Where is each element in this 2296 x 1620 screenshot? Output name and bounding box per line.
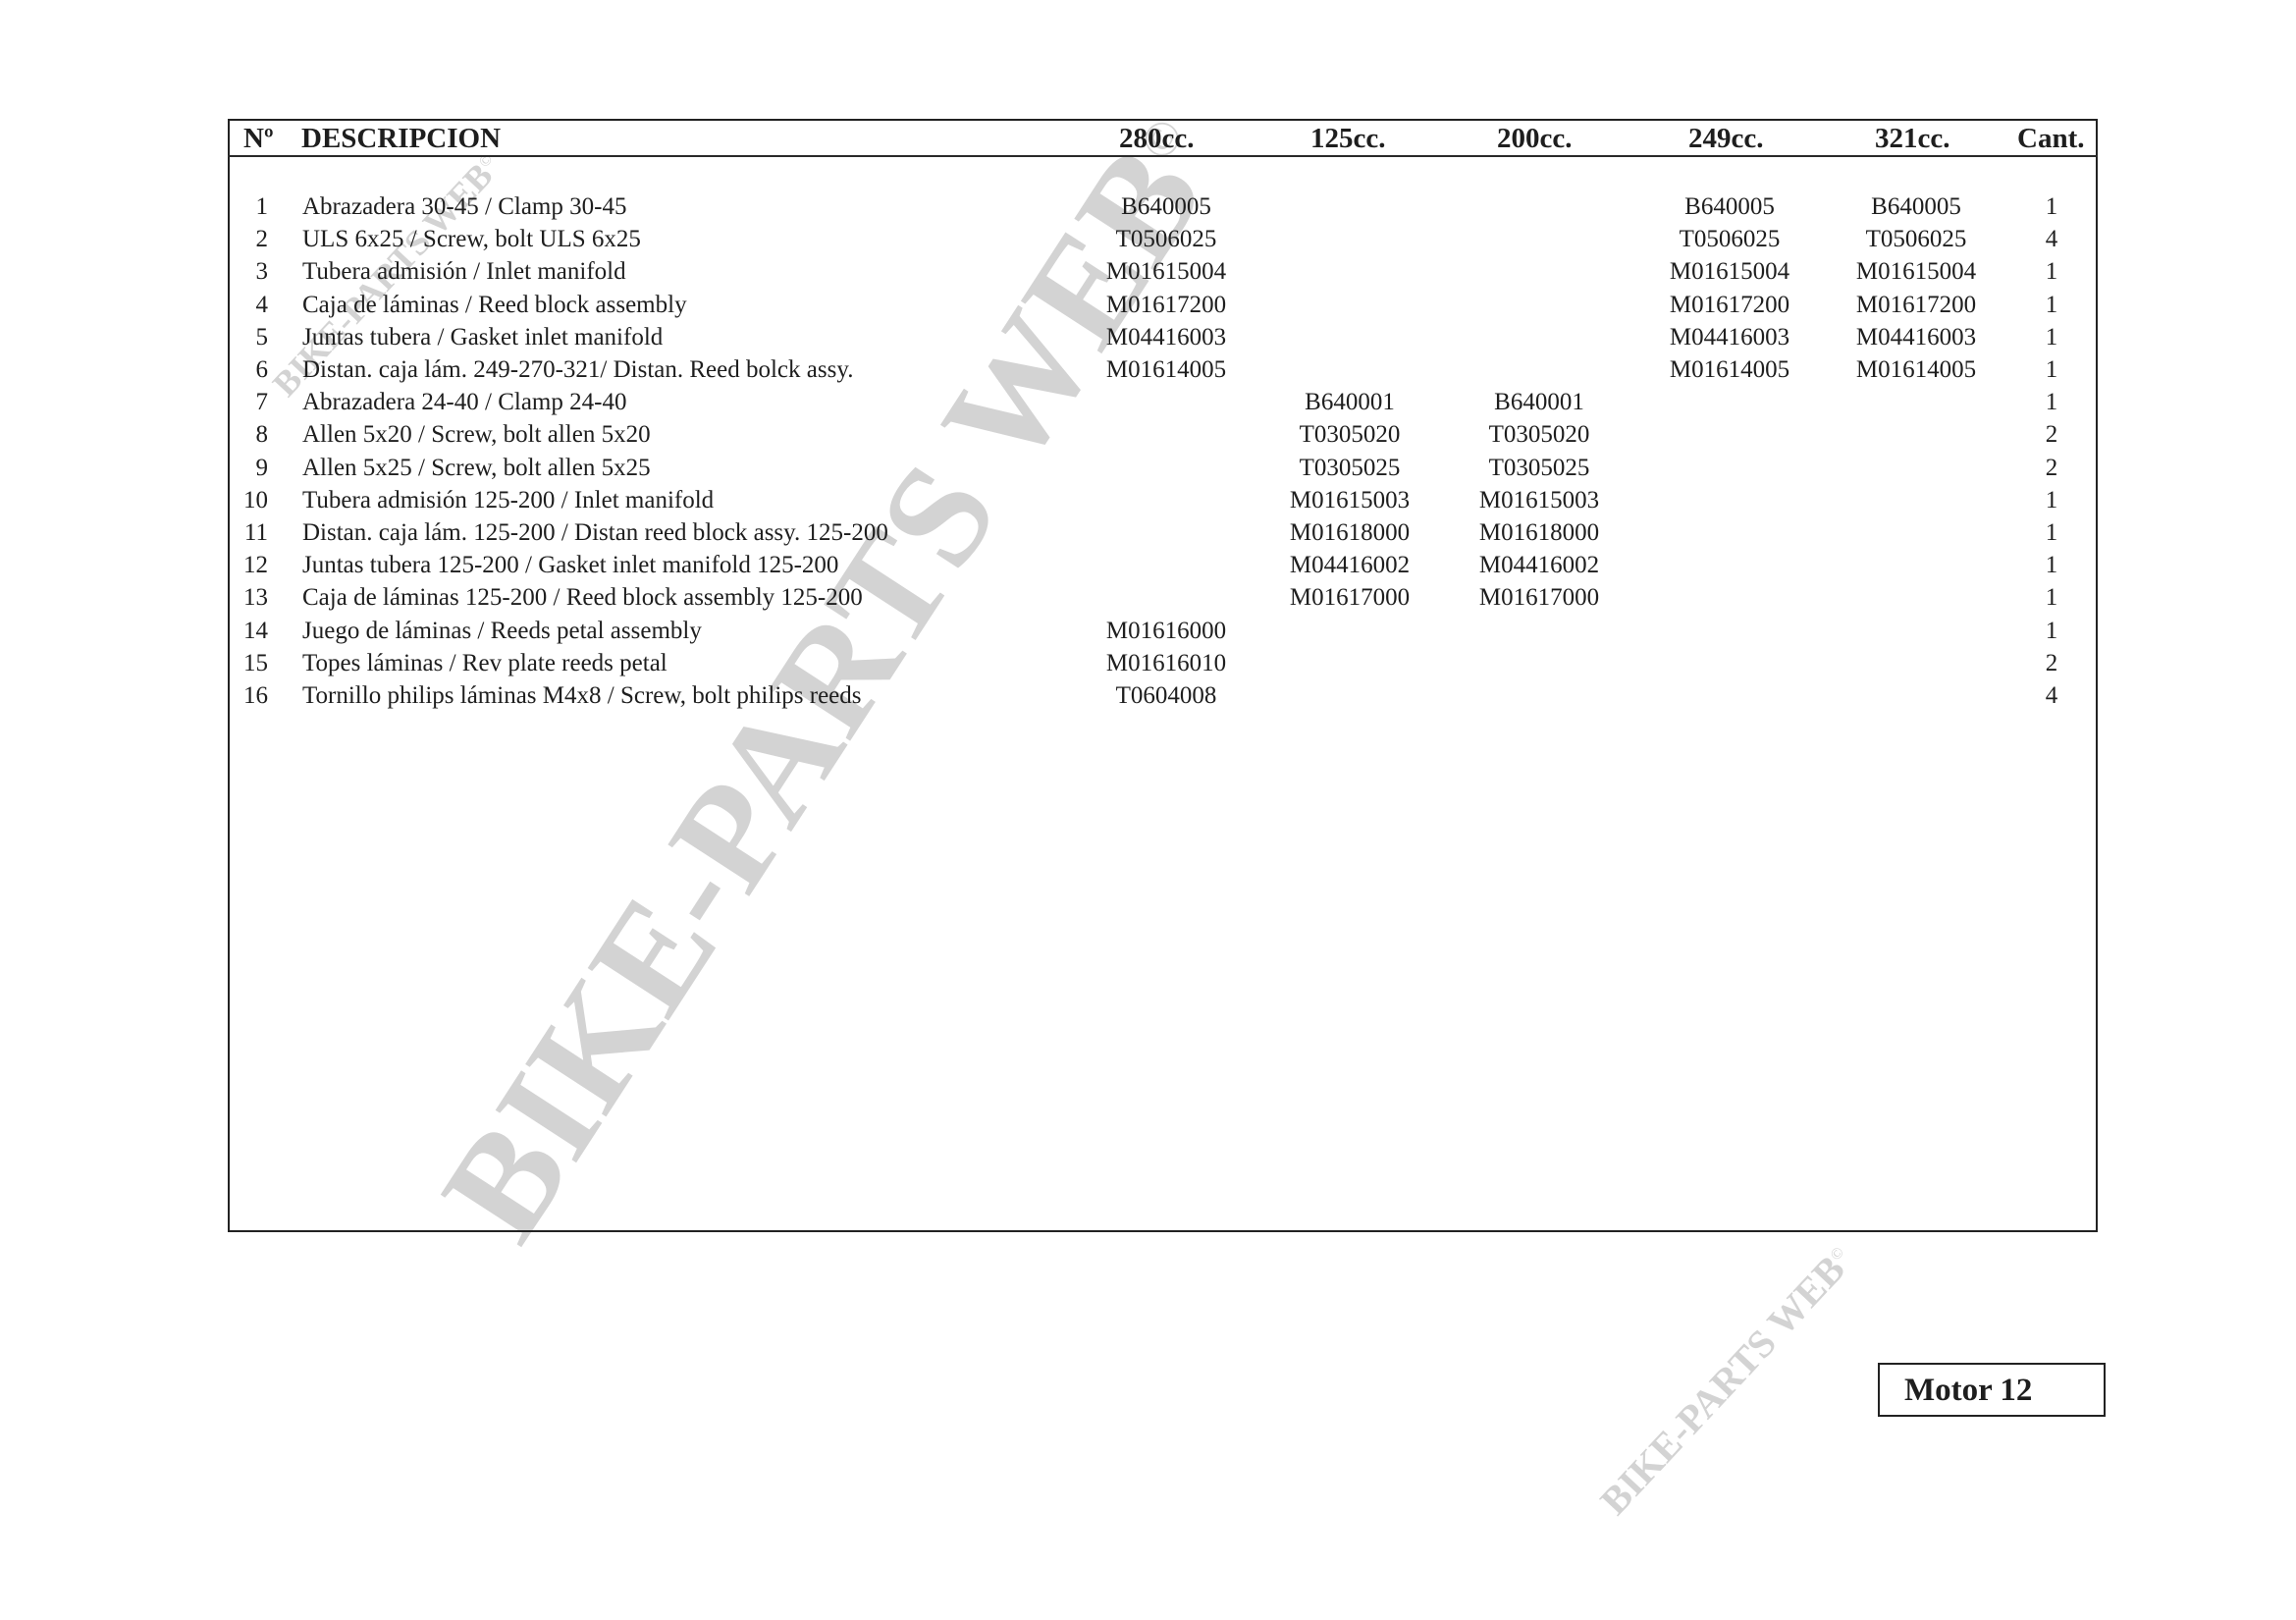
cell-desc: Juntas tubera 125-200 / Gasket inlet man… bbox=[302, 551, 838, 580]
cell-qty: 1 bbox=[2022, 617, 2081, 646]
header-280cc: 280cc. bbox=[1119, 122, 1195, 155]
cell-c200: M01618000 bbox=[1451, 518, 1628, 548]
cell-no: 4 bbox=[229, 291, 268, 320]
cell-c321: M01617200 bbox=[1828, 291, 2004, 320]
cell-c321: B640005 bbox=[1828, 192, 2004, 222]
cell-no: 11 bbox=[229, 518, 268, 548]
header-125cc: 125cc. bbox=[1310, 122, 1386, 155]
cell-no: 2 bbox=[229, 225, 268, 254]
cell-desc: Caja de láminas / Reed block assembly bbox=[302, 291, 687, 320]
cell-desc: Juego de láminas / Reeds petal assembly bbox=[302, 617, 702, 646]
cell-no: 12 bbox=[229, 551, 268, 580]
header-200cc: 200cc. bbox=[1497, 122, 1573, 155]
cell-c280: T0506025 bbox=[1078, 225, 1255, 254]
cell-c321: M01615004 bbox=[1828, 257, 2004, 287]
cell-no: 1 bbox=[229, 192, 268, 222]
cell-qty: 1 bbox=[2022, 257, 2081, 287]
cell-c125: M01615003 bbox=[1261, 486, 1438, 515]
cell-c200: B640001 bbox=[1451, 388, 1628, 417]
cell-desc: Distan. caja lám. 249-270-321/ Distan. R… bbox=[302, 355, 853, 385]
cell-c321: M04416003 bbox=[1828, 323, 2004, 352]
header-qty: Cant. bbox=[2017, 122, 2084, 155]
cell-qty: 2 bbox=[2022, 420, 2081, 450]
cell-desc: Abrazadera 24-40 / Clamp 24-40 bbox=[302, 388, 626, 417]
cell-qty: 1 bbox=[2022, 551, 2081, 580]
cell-desc: Allen 5x20 / Screw, bolt allen 5x20 bbox=[302, 420, 651, 450]
copyright-icon: © bbox=[1827, 1244, 1847, 1264]
cell-desc: Juntas tubera / Gasket inlet manifold bbox=[302, 323, 663, 352]
cell-c321: T0506025 bbox=[1828, 225, 2004, 254]
cell-c280: M01617200 bbox=[1078, 291, 1255, 320]
cell-c125: B640001 bbox=[1261, 388, 1438, 417]
cell-c249: B640005 bbox=[1641, 192, 1818, 222]
cell-desc: ULS 6x25 / Screw, bolt ULS 6x25 bbox=[302, 225, 641, 254]
header-divider bbox=[228, 155, 2098, 157]
cell-no: 9 bbox=[229, 454, 268, 483]
watermark-small-bottom: BIKE-PARTS WEB© bbox=[1591, 1237, 1862, 1524]
cell-c125: T0305025 bbox=[1261, 454, 1438, 483]
cell-c200: T0305020 bbox=[1451, 420, 1628, 450]
cell-no: 10 bbox=[229, 486, 268, 515]
header-321cc: 321cc. bbox=[1875, 122, 1950, 155]
cell-c321: M01614005 bbox=[1828, 355, 2004, 385]
header-no: Nº bbox=[243, 122, 274, 155]
cell-c249: M01614005 bbox=[1641, 355, 1818, 385]
cell-qty: 4 bbox=[2022, 225, 2081, 254]
cell-c125: M01617000 bbox=[1261, 583, 1438, 613]
cell-desc: Allen 5x25 / Screw, bolt allen 5x25 bbox=[302, 454, 651, 483]
watermark-small-bottom-text: BIKE-PARTS WEB bbox=[1591, 1247, 1853, 1523]
cell-qty: 1 bbox=[2022, 518, 2081, 548]
cell-qty: 1 bbox=[2022, 355, 2081, 385]
cell-no: 13 bbox=[229, 583, 268, 613]
cell-no: 7 bbox=[229, 388, 268, 417]
cell-c249: T0506025 bbox=[1641, 225, 1818, 254]
cell-c280: M04416003 bbox=[1078, 323, 1255, 352]
cell-desc: Tubera admisión 125-200 / Inlet manifold bbox=[302, 486, 714, 515]
cell-c280: M01615004 bbox=[1078, 257, 1255, 287]
cell-c280: B640005 bbox=[1078, 192, 1255, 222]
cell-desc: Tubera admisión / Inlet manifold bbox=[302, 257, 626, 287]
cell-desc: Tornillo philips láminas M4x8 / Screw, b… bbox=[302, 681, 862, 711]
cell-qty: 1 bbox=[2022, 388, 2081, 417]
cell-qty: 1 bbox=[2022, 291, 2081, 320]
cell-c200: M01617000 bbox=[1451, 583, 1628, 613]
cell-c280: M01616010 bbox=[1078, 649, 1255, 678]
cell-desc: Topes láminas / Rev plate reeds petal bbox=[302, 649, 667, 678]
cell-c200: T0305025 bbox=[1451, 454, 1628, 483]
cell-no: 16 bbox=[229, 681, 268, 711]
cell-no: 14 bbox=[229, 617, 268, 646]
cell-c200: M01615003 bbox=[1451, 486, 1628, 515]
cell-c249: M01617200 bbox=[1641, 291, 1818, 320]
cell-no: 15 bbox=[229, 649, 268, 678]
cell-c125: T0305020 bbox=[1261, 420, 1438, 450]
cell-no: 8 bbox=[229, 420, 268, 450]
cell-c125: M04416002 bbox=[1261, 551, 1438, 580]
cell-qty: 2 bbox=[2022, 649, 2081, 678]
cell-qty: 2 bbox=[2022, 454, 2081, 483]
cell-c249: M01615004 bbox=[1641, 257, 1818, 287]
cell-qty: 1 bbox=[2022, 486, 2081, 515]
cell-c125: M01618000 bbox=[1261, 518, 1438, 548]
cell-desc: Caja de láminas 125-200 / Reed block ass… bbox=[302, 583, 863, 613]
cell-desc: Distan. caja lám. 125-200 / Distan reed … bbox=[302, 518, 888, 548]
cell-c280: M01614005 bbox=[1078, 355, 1255, 385]
cell-qty: 1 bbox=[2022, 583, 2081, 613]
cell-no: 6 bbox=[229, 355, 268, 385]
cell-no: 3 bbox=[229, 257, 268, 287]
cell-qty: 4 bbox=[2022, 681, 2081, 711]
header-description: DESCRIPCION bbox=[301, 122, 501, 155]
page-label: Motor 12 bbox=[1904, 1370, 2032, 1411]
cell-c200: M04416002 bbox=[1451, 551, 1628, 580]
cell-desc: Abrazadera 30-45 / Clamp 30-45 bbox=[302, 192, 626, 222]
header-249cc: 249cc. bbox=[1688, 122, 1764, 155]
cell-c280: M01616000 bbox=[1078, 617, 1255, 646]
cell-qty: 1 bbox=[2022, 192, 2081, 222]
cell-no: 5 bbox=[229, 323, 268, 352]
cell-qty: 1 bbox=[2022, 323, 2081, 352]
cell-c249: M04416003 bbox=[1641, 323, 1818, 352]
cell-c280: T0604008 bbox=[1078, 681, 1255, 711]
